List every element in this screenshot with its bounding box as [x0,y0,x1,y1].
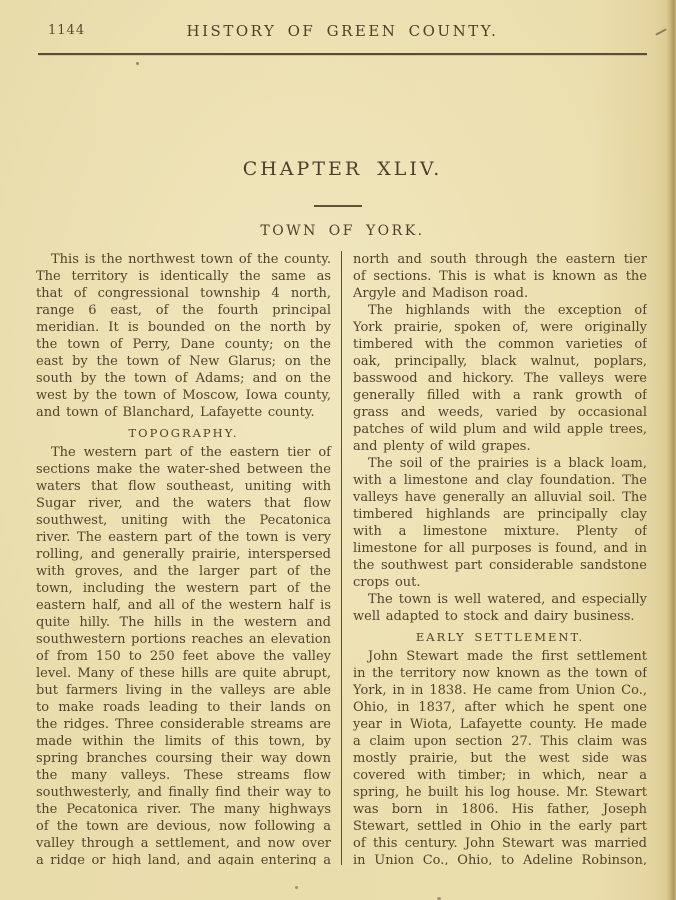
chapter-divider-rule [314,205,362,207]
scan-speck [295,886,298,889]
paragraph: The soil of the prairies is a black loam… [353,455,647,591]
paragraph: The highlands with the exception of York… [353,302,647,455]
paragraph: This is the northwest town of the county… [36,251,331,421]
running-title: HISTORY OF GREEN COUNTY. [38,22,647,40]
column-divider-rule [341,251,342,865]
subheading-early-settlement: EARLY SETTLEMENT. [353,630,647,644]
chapter-heading: CHAPTER XLIV. [38,158,647,180]
section-heading: TOWN OF YORK. [38,223,647,239]
column-right: north and south through the eastern tier… [353,251,647,865]
paragraph: John Stewart made the first settlement i… [353,648,647,865]
paragraph: The western part of the eastern tier of … [36,444,331,865]
scan-speck [136,62,139,65]
text-columns: This is the northwest town of the county… [36,251,647,865]
page-header: 1144 HISTORY OF GREEN COUNTY. [38,0,647,60]
book-page: 1144 HISTORY OF GREEN COUNTY. CHAPTER XL… [0,0,676,900]
paragraph: north and south through the eastern tier… [353,251,647,302]
header-rule [38,53,647,55]
column-left: This is the northwest town of the county… [36,251,331,865]
paragraph: The town is well watered, and especially… [353,591,647,625]
subheading-topography: TOPOGRAPHY. [36,426,331,440]
page-edge-shadow [666,0,676,900]
